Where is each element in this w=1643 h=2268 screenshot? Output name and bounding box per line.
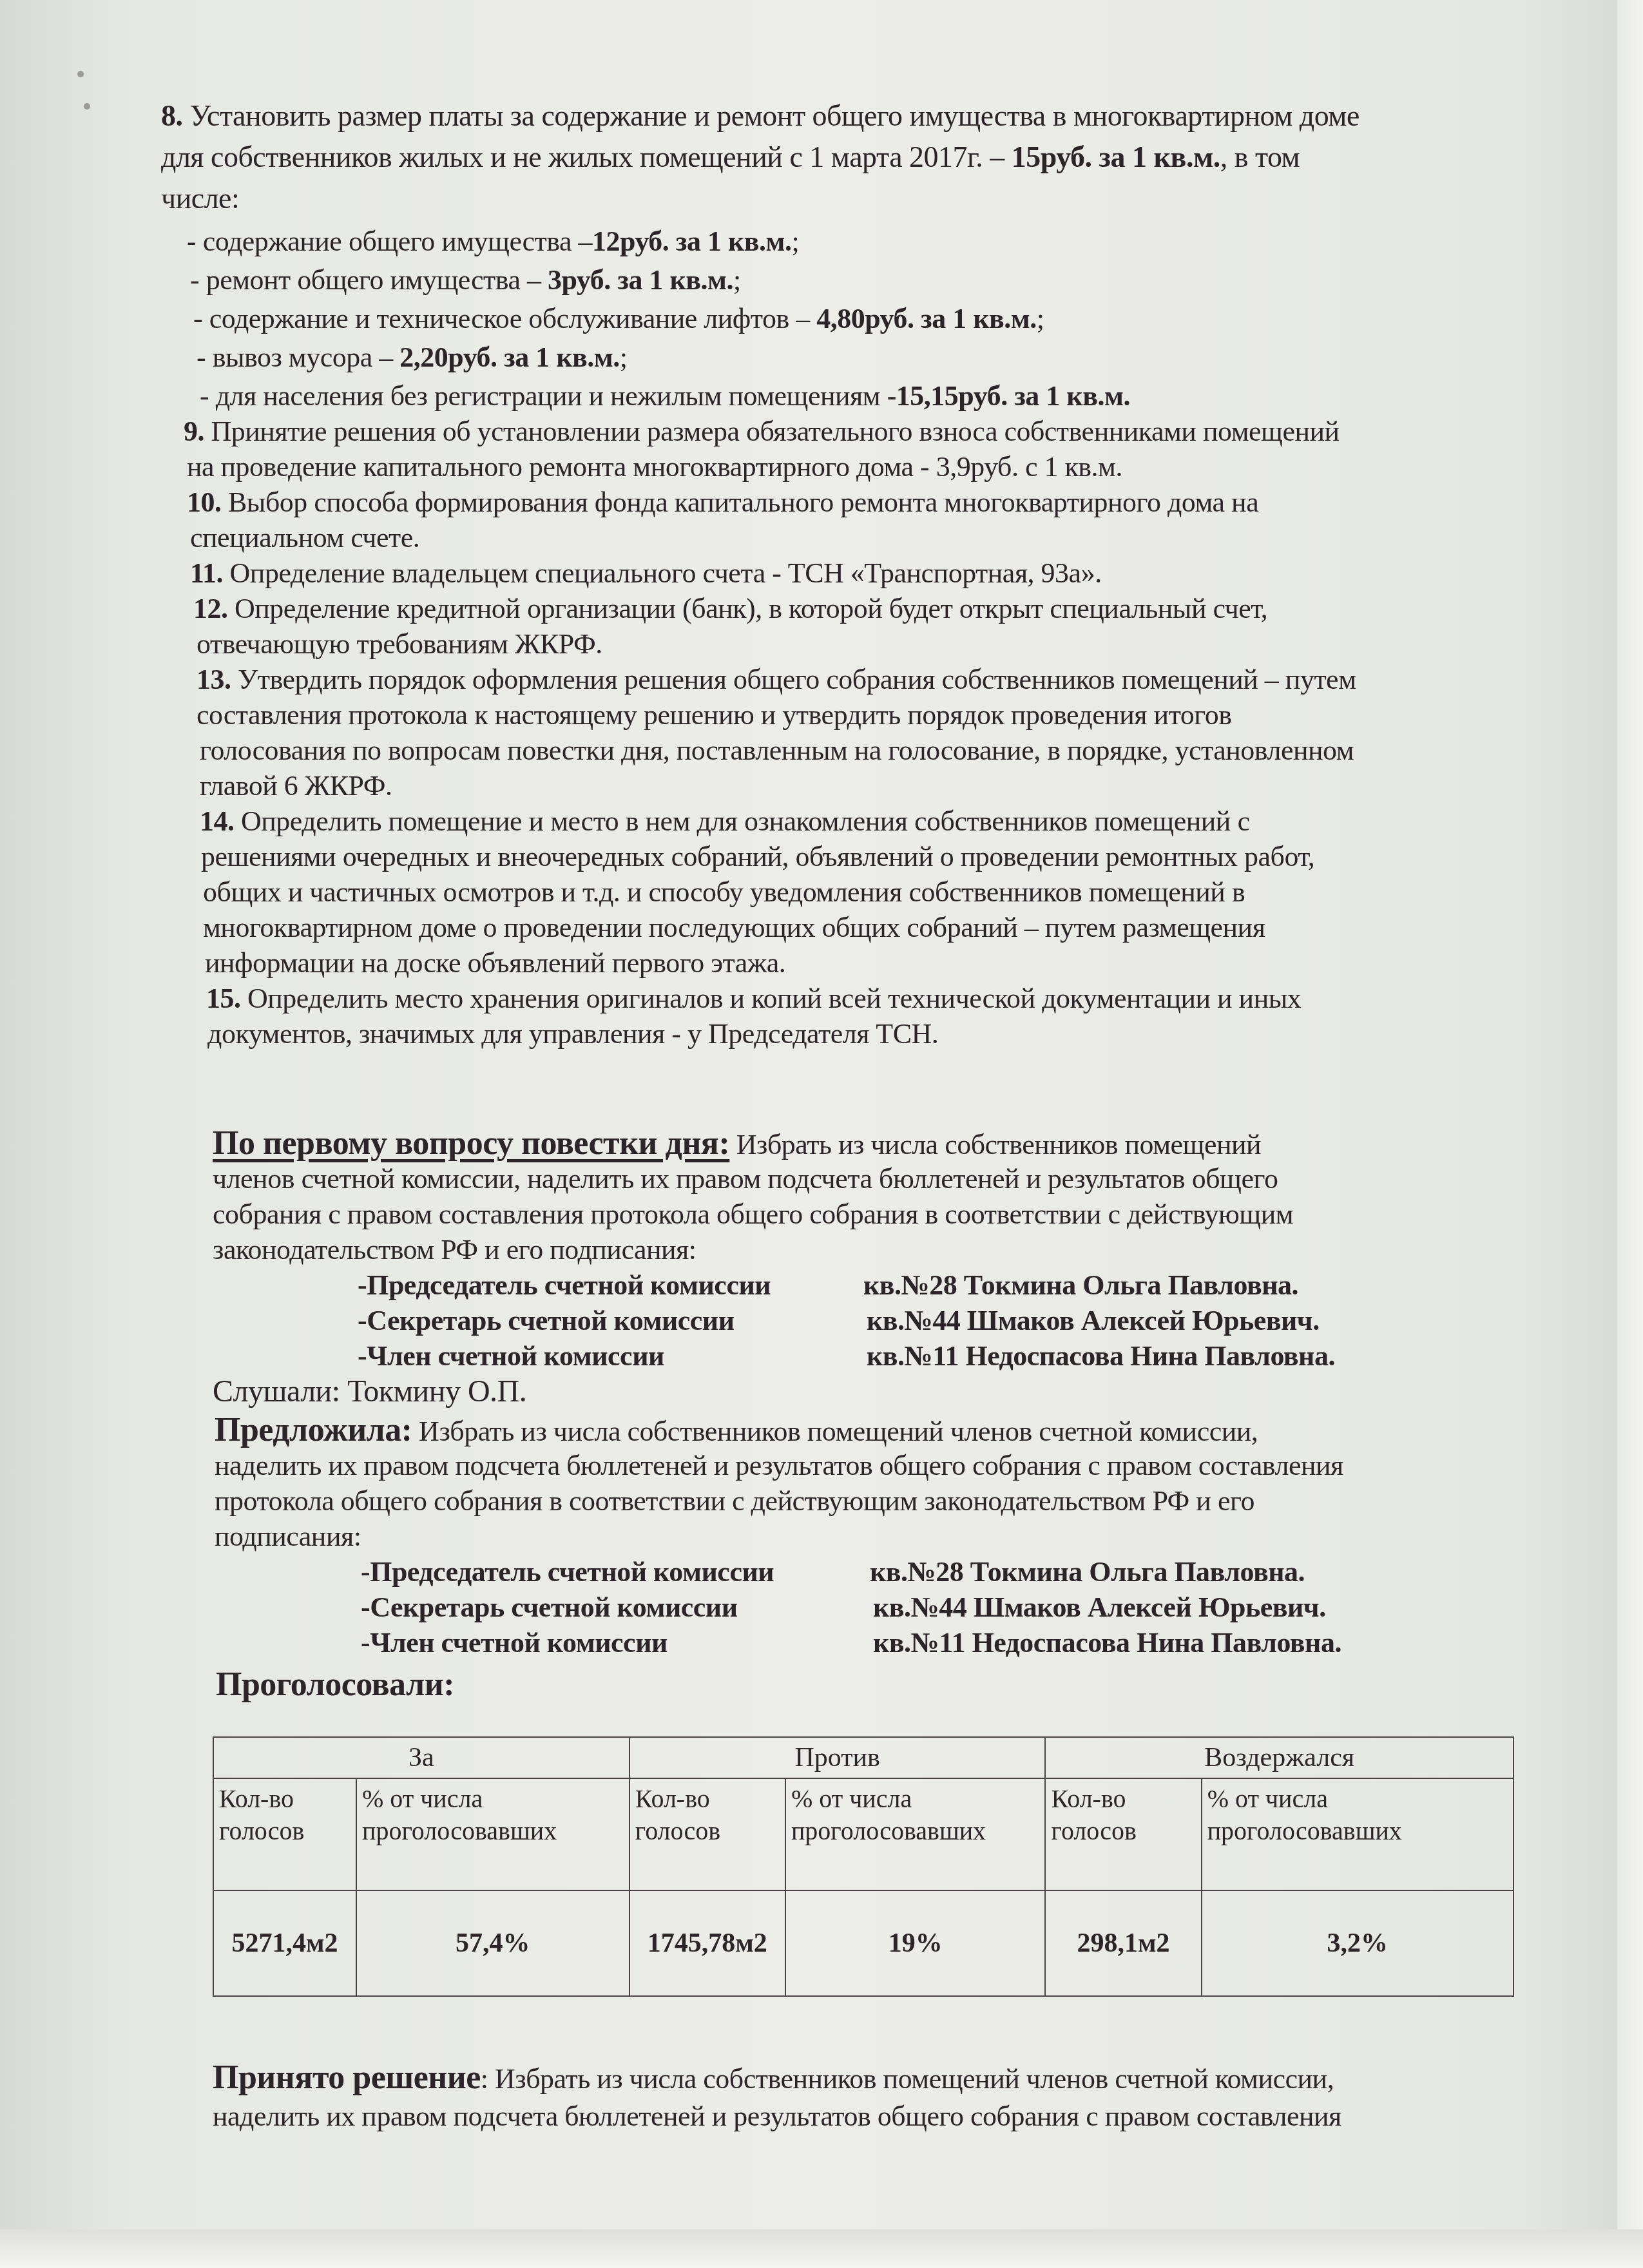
item-14: информации на доске объявлений первого э…	[205, 944, 785, 983]
committee-role: -Секретарь счетной комиссии	[361, 1588, 738, 1627]
item-9: на проведение капитального ремонта много…	[187, 448, 1122, 486]
item-12: отвечающую требованиям ЖКРФ.	[197, 625, 602, 664]
value-cell: 19%	[785, 1890, 1046, 1996]
group-for: За	[213, 1737, 629, 1778]
first-question-text: собрания с правом составления протокола …	[213, 1195, 1293, 1234]
subitem: - содержание и техническое обслуживание …	[193, 300, 1044, 338]
committee-role: -Секретарь счетной комиссии	[358, 1302, 735, 1340]
punch-hole	[84, 103, 90, 110]
committee-member: кв.№11 Недоспасова Нина Павловна.	[873, 1624, 1341, 1662]
item-9: 9. Принятие решения об установлении разм…	[184, 412, 1340, 451]
item-13: составления протокола к настоящему решен…	[197, 696, 1232, 735]
item-14: 14. Определить помещение и место в нем д…	[200, 802, 1249, 841]
value-cell: 298,1м2	[1045, 1890, 1201, 1996]
proposed: наделить их правом подсчета бюллетеней и…	[215, 1446, 1343, 1485]
item-15: документов, значимых для управления - у …	[207, 1015, 938, 1053]
first-question-heading: По первому вопросу повестки дня: Избрать…	[213, 1124, 1261, 1164]
value-cell: 1745,78м2	[629, 1890, 785, 1996]
committee-member: кв.№28 Токмина Ольга Павловна.	[870, 1553, 1305, 1591]
col-percent: % от числа проголосовавших	[785, 1778, 1046, 1890]
item-8-line-1: 8. Установить размер платы за содержание…	[161, 97, 1360, 135]
page-edge	[1617, 0, 1643, 2268]
item-15: 15. Определить место хранения оригиналов…	[206, 979, 1301, 1018]
col-count: Кол-во голосов	[213, 1778, 356, 1890]
voted-label: Проголосовали:	[216, 1666, 454, 1706]
committee-member: кв.№28 Токмина Ольга Павловна.	[863, 1266, 1298, 1305]
col-percent: % от числа проголосовавших	[1202, 1778, 1513, 1890]
decision: наделить их правом подсчета бюллетеней и…	[213, 2097, 1341, 2136]
first-question-text: законодательством РФ и его подписания:	[213, 1231, 697, 1269]
votes-table: За Против Воздержался Кол-во голосов % о…	[213, 1736, 1514, 1997]
proposed: Предложила: Избрать из числа собственник…	[215, 1411, 1258, 1451]
item-11: 11. Определение владельцем специального …	[190, 554, 1102, 593]
page-bottom-edge	[0, 2229, 1643, 2268]
value-cell: 57,4%	[356, 1890, 629, 1996]
col-percent: % от числа проголосовавших	[356, 1778, 629, 1890]
heard-line: Слушали: Токмину О.П.	[213, 1372, 526, 1411]
punch-hole	[77, 71, 84, 77]
subitem: - вывоз мусора – 2,20руб. за 1 кв.м.;	[197, 338, 628, 377]
group-abstained: Воздержался	[1045, 1737, 1513, 1778]
committee-role: -Член счетной комиссии	[361, 1624, 668, 1662]
item-13: голосования по вопросам повестки дня, по…	[200, 731, 1354, 770]
committee-member: кв.№44 Шмаков Алексей Юрьевич.	[867, 1302, 1320, 1340]
scanned-page: 8. Установить размер платы за содержание…	[0, 0, 1643, 2268]
committee-member: кв.№11 Недоспасова Нина Павловна.	[867, 1337, 1335, 1376]
col-count: Кол-во голосов	[1045, 1778, 1201, 1890]
item-14: решениями очередных и внеочередных собра…	[201, 838, 1314, 876]
proposed: подписания:	[215, 1517, 361, 1556]
value-cell: 5271,4м2	[213, 1890, 356, 1996]
col-count: Кол-во голосов	[629, 1778, 785, 1890]
subitem: - ремонт общего имущества – 3руб. за 1 к…	[190, 261, 741, 300]
committee-role: -Председатель счетной комиссии	[358, 1266, 771, 1305]
item-10: 10. Выбор способа формирования фонда кап…	[187, 483, 1258, 522]
item-13: 13. Утвердить порядок оформления решения…	[197, 660, 1356, 699]
item-12: 12. Определение кредитной организации (б…	[193, 590, 1267, 628]
value-cell: 3,2%	[1202, 1890, 1513, 1996]
decision: Принято решение: Избрать из числа собств…	[213, 2059, 1334, 2099]
item-8-line-2: для собственников жилых и не жилых помещ…	[161, 138, 1300, 177]
item-8-line-3: числе:	[161, 179, 239, 218]
item-10: специальном счете.	[190, 519, 419, 557]
item-14: многоквартирном доме о проведении послед…	[203, 908, 1265, 947]
proposed: протокола общего собрания в соответствии…	[215, 1482, 1254, 1521]
first-question-text: членов счетной комиссии, наделить их пра…	[213, 1160, 1278, 1198]
subitem: - для населения без регистрации и нежилы…	[200, 377, 1130, 416]
item-13: главой 6 ЖКРФ.	[200, 767, 392, 805]
committee-role: -Председатель счетной комиссии	[361, 1553, 774, 1591]
committee-member: кв.№44 Шмаков Алексей Юрьевич.	[873, 1588, 1326, 1627]
subitem: - содержание общего имущества –12руб. за…	[187, 222, 799, 261]
committee-role: -Член счетной комиссии	[358, 1337, 664, 1376]
item-14: общих и частичных осмотров и т.д. и спос…	[203, 873, 1245, 912]
group-against: Против	[629, 1737, 1046, 1778]
